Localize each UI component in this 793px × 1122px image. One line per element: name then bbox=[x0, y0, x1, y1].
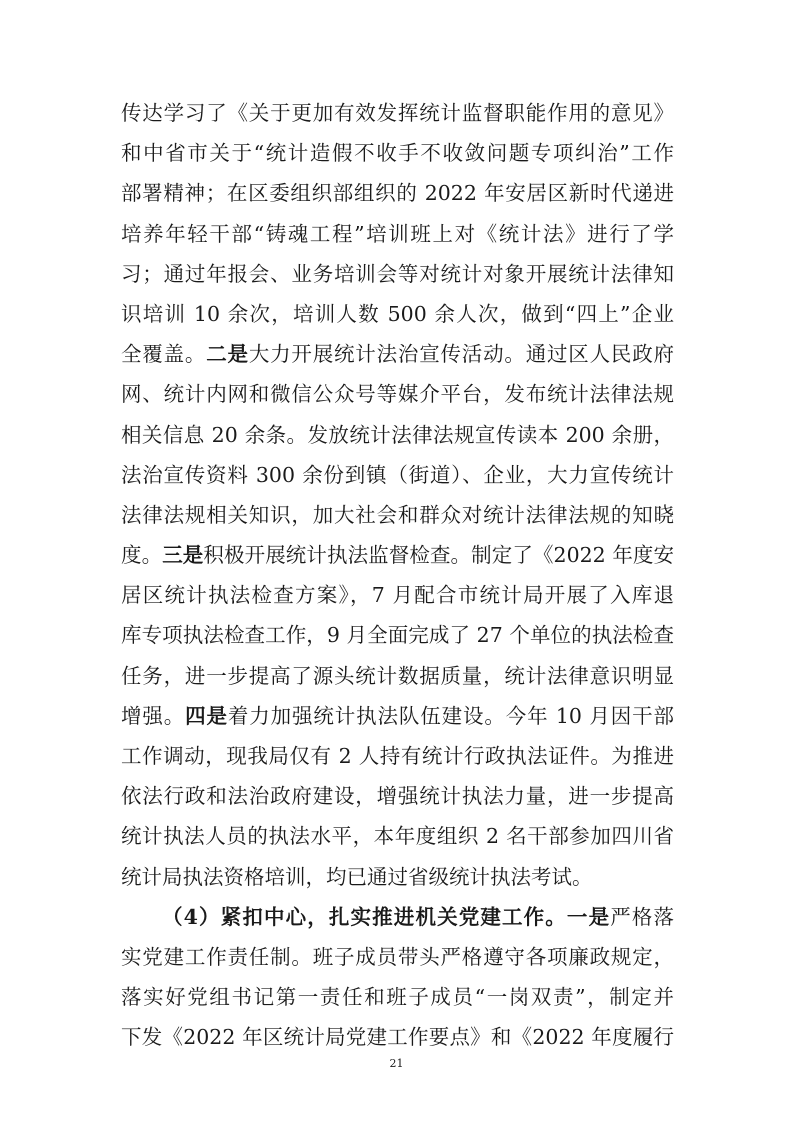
text-segment: 传达学习了《关于更加有效发挥统计监督职能作用的意见》 bbox=[121, 101, 674, 125]
text-segment: 度。 bbox=[121, 543, 162, 567]
text-line: 增强。四是着力加强统计执法队伍建设。今年 10 月因干部 bbox=[121, 696, 674, 736]
text-line: 网、统计内网和微信公众号等媒介平台，发布统计法律法规 bbox=[121, 374, 674, 414]
text-segment: 法律法规相关知识，加大社会和群众对统计法律法规的知晓 bbox=[121, 503, 674, 527]
bold-text-segment: （4）紧扣中心，扎实推进机关党建工作。一是 bbox=[162, 905, 610, 929]
text-line: 落实好党组书记第一责任和班子成员“一岗双责”，制定并 bbox=[121, 977, 674, 1017]
text-segment: 网、统计内网和微信公众号等媒介平台，发布统计法律法规 bbox=[121, 382, 674, 406]
text-line: 传达学习了《关于更加有效发挥统计监督职能作用的意见》 bbox=[121, 93, 674, 133]
bold-text-segment: 二是 bbox=[206, 342, 249, 366]
text-line: 任务，进一步提高了源头统计数据质量，统计法律意识明显 bbox=[121, 656, 674, 696]
text-segment: 下发《2022 年区统计局党建工作要点》和《2022 年度履行 bbox=[121, 1025, 674, 1049]
text-segment: 着力加强统计执法队伍建设。今年 10 月因干部 bbox=[228, 704, 674, 728]
text-segment: 大力开展统计法治宣传活动。通过区人民政府 bbox=[249, 342, 674, 366]
text-segment: 严格落 bbox=[610, 905, 674, 929]
text-line: 库专项执法检查工作，9 月全面完成了 27 个单位的执法检查 bbox=[121, 615, 674, 655]
text-line: 培养年轻干部“铸魂工程”培训班上对《统计法》进行了学 bbox=[121, 214, 674, 254]
text-segment: 部署精神；在区委组织部组织的 2022 年安居区新时代递进 bbox=[121, 181, 674, 205]
text-line: 度。三是积极开展统计执法监督检查。制定了《2022 年度安 bbox=[121, 535, 674, 575]
text-line: 统计执法人员的执法水平，本年度组织 2 名干部参加四川省 bbox=[121, 816, 674, 856]
text-segment: 依法行政和法治政府建设，增强统计执法力量，进一步提高 bbox=[121, 784, 674, 808]
text-segment: 积极开展统计执法监督检查。制定了《2022 年度安 bbox=[203, 543, 674, 567]
text-line: 法律法规相关知识，加大社会和群众对统计法律法规的知晓 bbox=[121, 495, 674, 535]
text-line: 和中省市关于“统计造假不收手不收敛问题专项纠治”工作 bbox=[121, 133, 674, 173]
page-number: 21 bbox=[0, 1057, 793, 1070]
text-segment: 统计局执法资格培训，均已通过省级统计执法考试。 bbox=[121, 865, 593, 889]
text-line: 全覆盖。二是大力开展统计法治宣传活动。通过区人民政府 bbox=[121, 334, 674, 374]
text-line: 实党建工作责任制。班子成员带头严格遵守各项廉政规定， bbox=[121, 937, 674, 977]
text-line: 依法行政和法治政府建设，增强统计执法力量，进一步提高 bbox=[121, 776, 674, 816]
bold-text-segment: 三是 bbox=[162, 543, 203, 567]
text-line: 部署精神；在区委组织部组织的 2022 年安居区新时代递进 bbox=[121, 173, 674, 213]
text-line: 识培训 10 余次，培训人数 500 余人次，做到“四上”企业 bbox=[121, 294, 674, 334]
text-segment: 相关信息 20 余条。发放统计法律法规宣传读本 200 余册， bbox=[121, 423, 674, 447]
text-segment: 落实好党组书记第一责任和班子成员“一岗双责”，制定并 bbox=[121, 985, 674, 1009]
text-line: 相关信息 20 余条。发放统计法律法规宣传读本 200 余册， bbox=[121, 415, 674, 455]
text-segment: 法治宣传资料 300 余份到镇（街道）、企业，大力宣传统计 bbox=[121, 463, 674, 487]
text-line: 居区统计执法检查方案》，7 月配合市统计局开展了入库退 bbox=[121, 575, 674, 615]
text-line: 下发《2022 年区统计局党建工作要点》和《2022 年度履行 bbox=[121, 1017, 674, 1057]
text-segment: 增强。 bbox=[121, 704, 185, 728]
text-line: 习；通过年报会、业务培训会等对统计对象开展统计法律知 bbox=[121, 254, 674, 294]
text-segment: 和中省市关于“统计造假不收手不收敛问题专项纠治”工作 bbox=[121, 141, 674, 165]
text-line: 统计局执法资格培训，均已通过省级统计执法考试。 bbox=[121, 857, 674, 897]
bold-text-segment: 四是 bbox=[185, 704, 228, 728]
text-line: （4）紧扣中心，扎实推进机关党建工作。一是严格落 bbox=[121, 897, 674, 937]
text-segment: 实党建工作责任制。班子成员带头严格遵守各项廉政规定， bbox=[121, 945, 674, 969]
text-segment: 任务，进一步提高了源头统计数据质量，统计法律意识明显 bbox=[121, 664, 674, 688]
text-segment: 识培训 10 余次，培训人数 500 余人次，做到“四上”企业 bbox=[121, 302, 674, 326]
text-segment: 习；通过年报会、业务培训会等对统计对象开展统计法律知 bbox=[121, 262, 674, 286]
text-segment: 工作调动，现我局仅有 2 人持有统计行政执法证件。为推进 bbox=[121, 744, 674, 768]
text-line: 法治宣传资料 300 余份到镇（街道）、企业，大力宣传统计 bbox=[121, 455, 674, 495]
text-segment: 居区统计执法检查方案》，7 月配合市统计局开展了入库退 bbox=[121, 583, 674, 607]
text-segment: 统计执法人员的执法水平，本年度组织 2 名干部参加四川省 bbox=[121, 824, 674, 848]
body-text: 传达学习了《关于更加有效发挥统计监督职能作用的意见》和中省市关于“统计造假不收手… bbox=[121, 93, 674, 1058]
text-line: 工作调动，现我局仅有 2 人持有统计行政执法证件。为推进 bbox=[121, 736, 674, 776]
text-segment: 库专项执法检查工作，9 月全面完成了 27 个单位的执法检查 bbox=[121, 623, 674, 647]
document-page: 传达学习了《关于更加有效发挥统计监督职能作用的意见》和中省市关于“统计造假不收手… bbox=[0, 0, 793, 1122]
text-segment: 全覆盖。 bbox=[121, 342, 206, 366]
text-segment: 培养年轻干部“铸魂工程”培训班上对《统计法》进行了学 bbox=[121, 222, 674, 246]
